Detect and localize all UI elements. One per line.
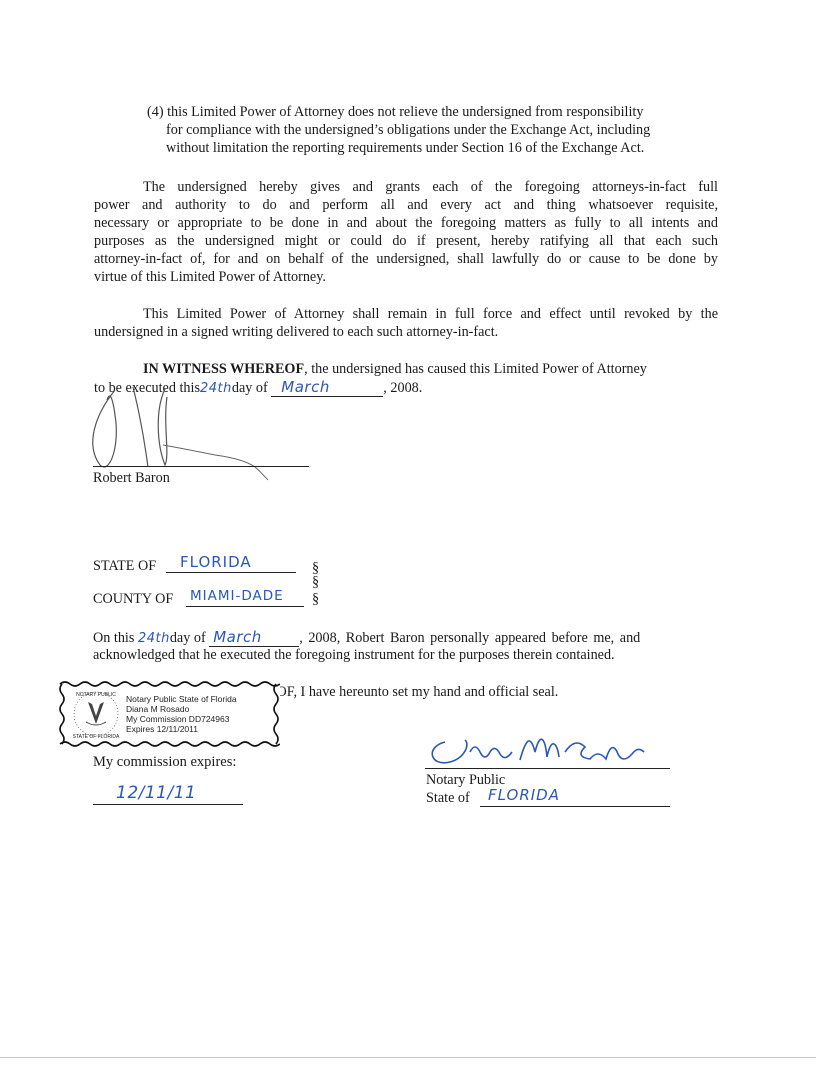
county-handwritten: MIAMI-DADE — [190, 588, 284, 604]
seal-bottom-text: STATE OF FLORIDA — [73, 734, 120, 740]
state-underline — [166, 572, 296, 573]
para-4-line-2: for compliance with the undersigned’s ob… — [166, 122, 650, 139]
county-underline — [186, 606, 304, 607]
ack-day-handwritten: 24th — [138, 630, 170, 647]
para-grant-line-6: virtue of this Limited Power of Attorney… — [94, 269, 326, 286]
ack-line-2: acknowledged that he executed the forego… — [93, 647, 615, 664]
para-force-line-2: undersigned in a signed writing delivere… — [94, 324, 498, 341]
witness-line-1: IN WITNESS WHEREOF, the undersigned has … — [143, 361, 647, 378]
para-grant-line-5: attorney-in-fact of, for and on behalf o… — [94, 251, 718, 268]
ack-day-of: day of — [170, 630, 206, 646]
ack-line-1: On this 24thday of March, 2008, Robert B… — [93, 629, 640, 647]
seal-top-text: NOTARY PUBLIC — [76, 692, 116, 698]
state-of-notary-underline — [480, 806, 670, 807]
para-4-line-1: (4) this Limited Power of Attorney does … — [147, 104, 643, 121]
state-of-notary-handwritten: FLORIDA — [488, 786, 560, 804]
witness-line-1-rest: , the undersigned has caused this Limite… — [304, 361, 647, 377]
county-of-label: COUNTY OF — [93, 591, 173, 608]
para-4-line-3: without limitation the reporting require… — [166, 140, 644, 157]
notary-signature-line — [425, 768, 670, 769]
witness-year: , 2008. — [383, 380, 422, 396]
state-of-label: STATE OF — [93, 558, 156, 575]
notary-stamp: NOTARY PUBLIC STATE OF FLORIDA Notary Pu… — [58, 680, 280, 748]
stamp-line-1: Notary Public State of Florida — [126, 694, 237, 704]
scan-edge-line — [0, 1057, 816, 1058]
para-grant-line-1: The undersigned hereby gives and grants … — [143, 179, 718, 196]
section-symbol-2: § — [312, 574, 319, 591]
para-force-line-1: This Limited Power of Attorney shall rem… — [143, 306, 718, 323]
state-of-notary-label: State of — [426, 790, 470, 807]
stamp-line-4: Expires 12/11/2011 — [126, 724, 198, 734]
stamp-line-3: My Commission DD724963 — [126, 714, 229, 724]
ack-prefix: On this — [93, 630, 134, 646]
ack-month-handwritten: March — [209, 629, 299, 647]
signature-notary — [425, 722, 675, 772]
para-grant-line-4: purposes as the undersigned might or cou… — [94, 233, 718, 250]
commission-expires-underline — [93, 804, 243, 805]
witness-month-handwritten: March — [271, 379, 383, 397]
para-grant-line-2: power and authority to do and perform al… — [94, 197, 718, 214]
ack-rest-line-1: , 2008, Robert Baron personally appeared… — [299, 630, 640, 646]
commission-expires-handwritten: 12/11/11 — [116, 783, 196, 803]
para-grant-line-3: necessary or appropriate to be done in a… — [94, 215, 718, 232]
stamp-line-2: Diana M Rosado — [126, 704, 189, 714]
signer-name: Robert Baron — [93, 470, 170, 487]
witness-bold-lead: IN WITNESS WHEREOF — [143, 361, 304, 377]
commission-expires-label: My commission expires: — [93, 754, 236, 771]
state-handwritten: FLORIDA — [180, 553, 252, 571]
section-symbol-3: § — [312, 591, 319, 608]
signature-line-robert-baron — [93, 466, 309, 467]
